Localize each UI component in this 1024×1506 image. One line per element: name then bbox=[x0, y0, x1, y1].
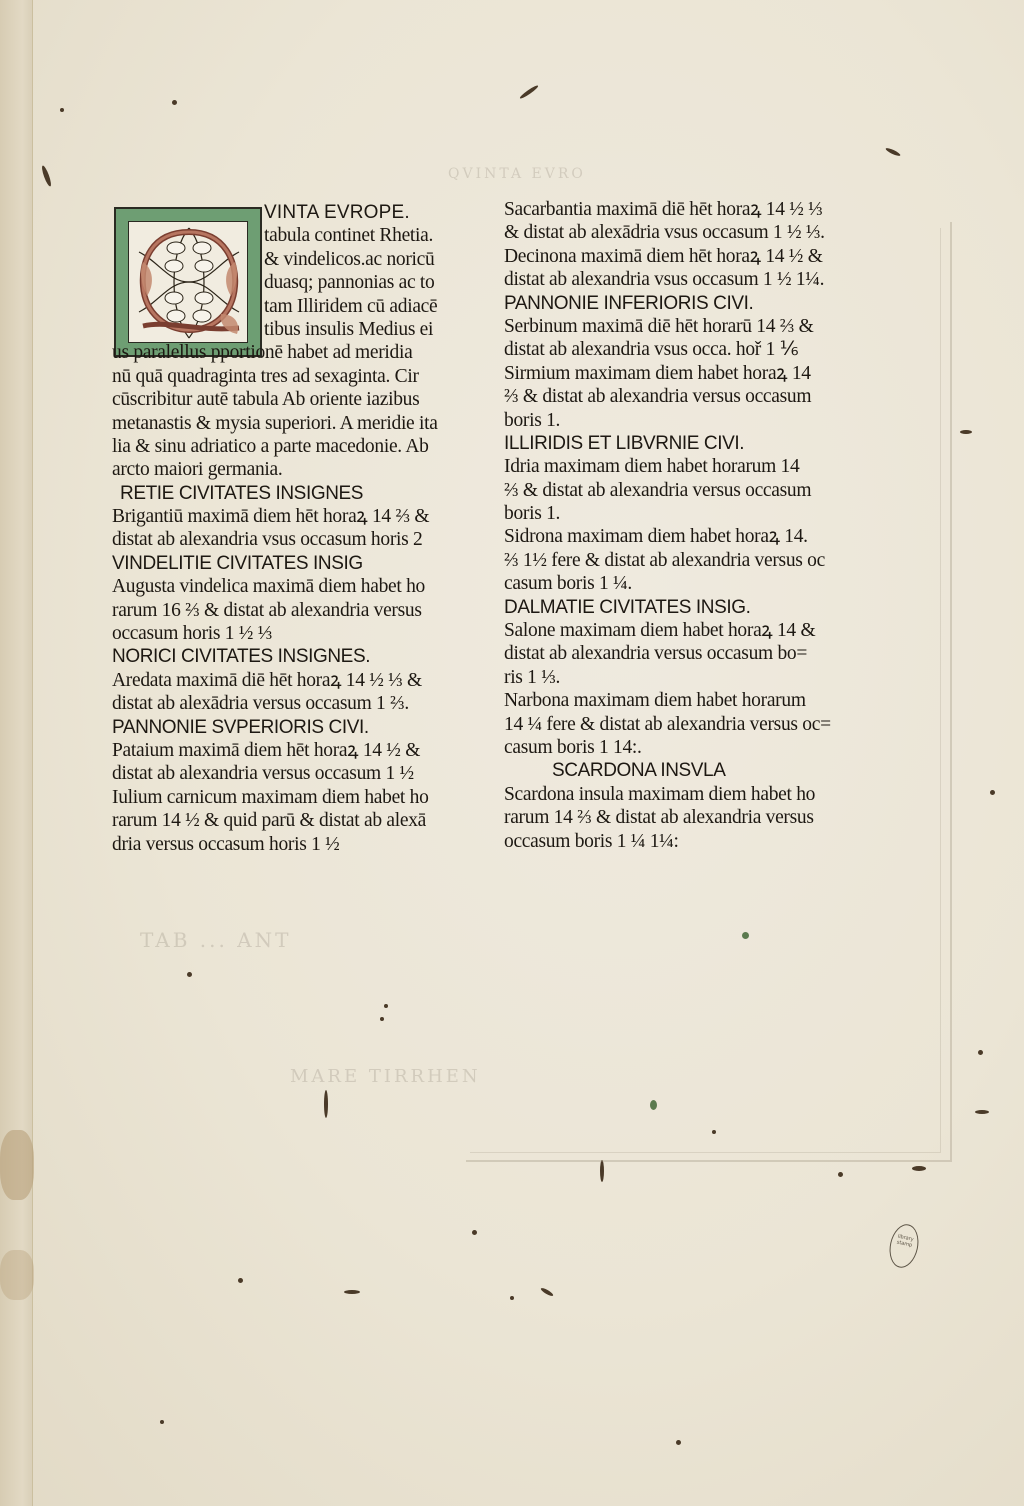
text-line: ⅔ 1½ fere & distat ab alexandria versus … bbox=[504, 549, 844, 572]
text-line: metanastis & mysia superiori. A meridie … bbox=[112, 412, 464, 435]
text-line: ris 1 ⅓. bbox=[504, 666, 844, 689]
speck bbox=[172, 100, 177, 105]
text-line: rarum 14 ½ & quid parū & distat ab alexā bbox=[112, 809, 464, 832]
text-line: Aredata maximā diē hēt horaꝝ 14 ½ ⅓ & bbox=[112, 669, 464, 692]
wormhole bbox=[600, 1160, 604, 1182]
section-heading-scardona: SCARDONA INSVLA bbox=[504, 759, 844, 782]
text-line: distat ab alexandria vsus occasum 1 ½ 1¼… bbox=[504, 268, 844, 291]
text-line: tibus insulis Medius ei bbox=[112, 318, 464, 341]
text-line: Augusta vindelica maximā diem habet ho bbox=[112, 575, 464, 598]
binding-gutter bbox=[0, 0, 33, 1506]
text-line: rarum 16 ⅔ & distat ab alexandria versus bbox=[112, 599, 464, 622]
text-line: ⅔ & distat ab alexandria versus occasum bbox=[504, 385, 844, 408]
left-text-column: VINTA EVROPE. tabula continet Rhetia. & … bbox=[112, 201, 464, 856]
speck bbox=[912, 1166, 926, 1171]
faint-running-header: QVINTA EVRO bbox=[448, 166, 586, 182]
text-line: nū quā quadraginta tres ad sexaginta. Ci… bbox=[112, 365, 464, 388]
text-line: Idria maximam diem habet horarum 14 bbox=[504, 455, 844, 478]
right-text-column: Sacarbantia maximā diē hēt horaꝝ 14 ½ ⅓ … bbox=[504, 198, 844, 853]
text-line: Narbona maximam diem habet horarum bbox=[504, 689, 844, 712]
edge-damage bbox=[0, 1250, 34, 1300]
text-line: Salone maximam diem habet horaꝝ 14 & bbox=[504, 619, 844, 642]
wormhole bbox=[40, 165, 52, 187]
text-line: Iulium carnicum maximam diem habet ho bbox=[112, 786, 464, 809]
speck bbox=[380, 1017, 384, 1021]
text-line: occasum horis 1 ½ ⅓ bbox=[112, 622, 464, 645]
text-line: boris 1. bbox=[504, 502, 844, 525]
text-line: ⅔ & distat ab alexandria versus occasum bbox=[504, 479, 844, 502]
library-stamp: library stamp bbox=[886, 1222, 923, 1271]
speck bbox=[978, 1050, 983, 1055]
stamp-label: library stamp bbox=[891, 1233, 919, 1250]
section-heading-pannonie-inferioris: PANNONIE INFERIORIS CIVI. bbox=[504, 292, 844, 315]
text-line: distat ab alexandria versus occasum bo= bbox=[504, 642, 844, 665]
text-line: Sacarbantia maximā diē hēt horaꝝ 14 ½ ⅓ bbox=[504, 198, 844, 221]
section-heading-vindelitie: VINDELITIE CIVITATES INSIG bbox=[112, 552, 464, 575]
text-line: distat ab alexandria versus occasum 1 ½ bbox=[112, 762, 464, 785]
text-line: casum boris 1 ¼. bbox=[504, 572, 844, 595]
text-line: cūscribitur autē tabula Ab oriente iazib… bbox=[112, 388, 464, 411]
text-line: Decinona maximā diem hēt horaꝝ 14 ½ & bbox=[504, 245, 844, 268]
text-line: dria versus occasum horis 1 ½ bbox=[112, 833, 464, 856]
text-line: Pataium maximā diem hēt horaꝝ 14 ½ & bbox=[112, 739, 464, 762]
speck bbox=[838, 1172, 843, 1177]
text-line: & vindelicos.ac noricū bbox=[112, 248, 464, 271]
faint-bleed-text: MARE TIRRHEN bbox=[290, 1066, 481, 1087]
section-heading-retie: RETIE CIVITATES INSIGNES bbox=[112, 482, 464, 505]
text-line: distat ab alexādria versus occasum 1 ⅔. bbox=[112, 692, 464, 715]
text-line: tabula continet Rhetia. bbox=[112, 224, 464, 247]
speck bbox=[160, 1420, 164, 1424]
text-line: arcto maiori germania. bbox=[112, 458, 464, 481]
speck bbox=[238, 1278, 243, 1283]
section-heading-norici: NORICI CIVITATES INSIGNES. bbox=[112, 645, 464, 668]
speck bbox=[344, 1290, 360, 1294]
text-line: distat ab alexandria vsus occasum horis … bbox=[112, 528, 464, 551]
wormhole bbox=[885, 147, 901, 157]
text-line: Serbinum maximā diē hēt horarū 14 ⅔ & bbox=[504, 315, 844, 338]
speck bbox=[676, 1440, 681, 1445]
speck bbox=[540, 1287, 554, 1297]
text-line: rarum 14 ⅔ & distat ab alexandria versus bbox=[504, 806, 844, 829]
text-line: us paralellus pportionē habet ad meridia bbox=[112, 341, 464, 364]
text-line: Scardona insula maximam diem habet ho bbox=[504, 783, 844, 806]
speck bbox=[472, 1230, 477, 1235]
speck bbox=[384, 1004, 388, 1008]
speck bbox=[510, 1296, 514, 1300]
text-line: distat ab alexandria vsus occa. hoř 1 ⅙ bbox=[504, 338, 844, 361]
text-line: occasum boris 1 ¼ 1¼: bbox=[504, 830, 844, 853]
text-line: Brigantiū maximā diem hēt horaꝝ 14 ⅔ & bbox=[112, 505, 464, 528]
speck bbox=[990, 790, 995, 795]
speck bbox=[975, 1110, 989, 1114]
speck bbox=[960, 430, 972, 434]
manuscript-page: QVINTA EVRO TAB ... ANT MARE TIRRHEN bbox=[0, 0, 1024, 1506]
text-line: duasq; pannonias ac to bbox=[112, 271, 464, 294]
text-line: tam Illiridem cū adiacē bbox=[112, 295, 464, 318]
text-line: Sirmium maximam diem habet horaꝝ 14 bbox=[504, 362, 844, 385]
text-line: casum boris 1 14:. bbox=[504, 736, 844, 759]
text-line: lia & sinu adriatico a parte macedonie. … bbox=[112, 435, 464, 458]
text-line: 14 ¼ fere & distat ab alexandria versus … bbox=[504, 713, 844, 736]
faint-bleed-text: TAB ... ANT bbox=[140, 928, 291, 952]
speck bbox=[187, 972, 192, 977]
text-line: Sidrona maximam diem habet horaꝝ 14. bbox=[504, 525, 844, 548]
opening-heading: VINTA EVROPE. bbox=[112, 201, 464, 224]
section-heading-illiridis: ILLIRIDIS ET LIBVRNIE CIVI. bbox=[504, 432, 844, 455]
speck bbox=[60, 108, 64, 112]
wormhole bbox=[324, 1090, 328, 1118]
section-heading-dalmatie: DALMATIE CIVITATES INSIG. bbox=[504, 596, 844, 619]
edge-damage bbox=[0, 1130, 34, 1200]
text-line: boris 1. bbox=[504, 409, 844, 432]
section-heading-pannonie-superioris: PANNONIE SVPERIORIS CIVI. bbox=[112, 716, 464, 739]
text-line: & distat ab alexādria vsus occasum 1 ½ ⅓… bbox=[504, 221, 844, 244]
wormhole bbox=[519, 84, 539, 100]
